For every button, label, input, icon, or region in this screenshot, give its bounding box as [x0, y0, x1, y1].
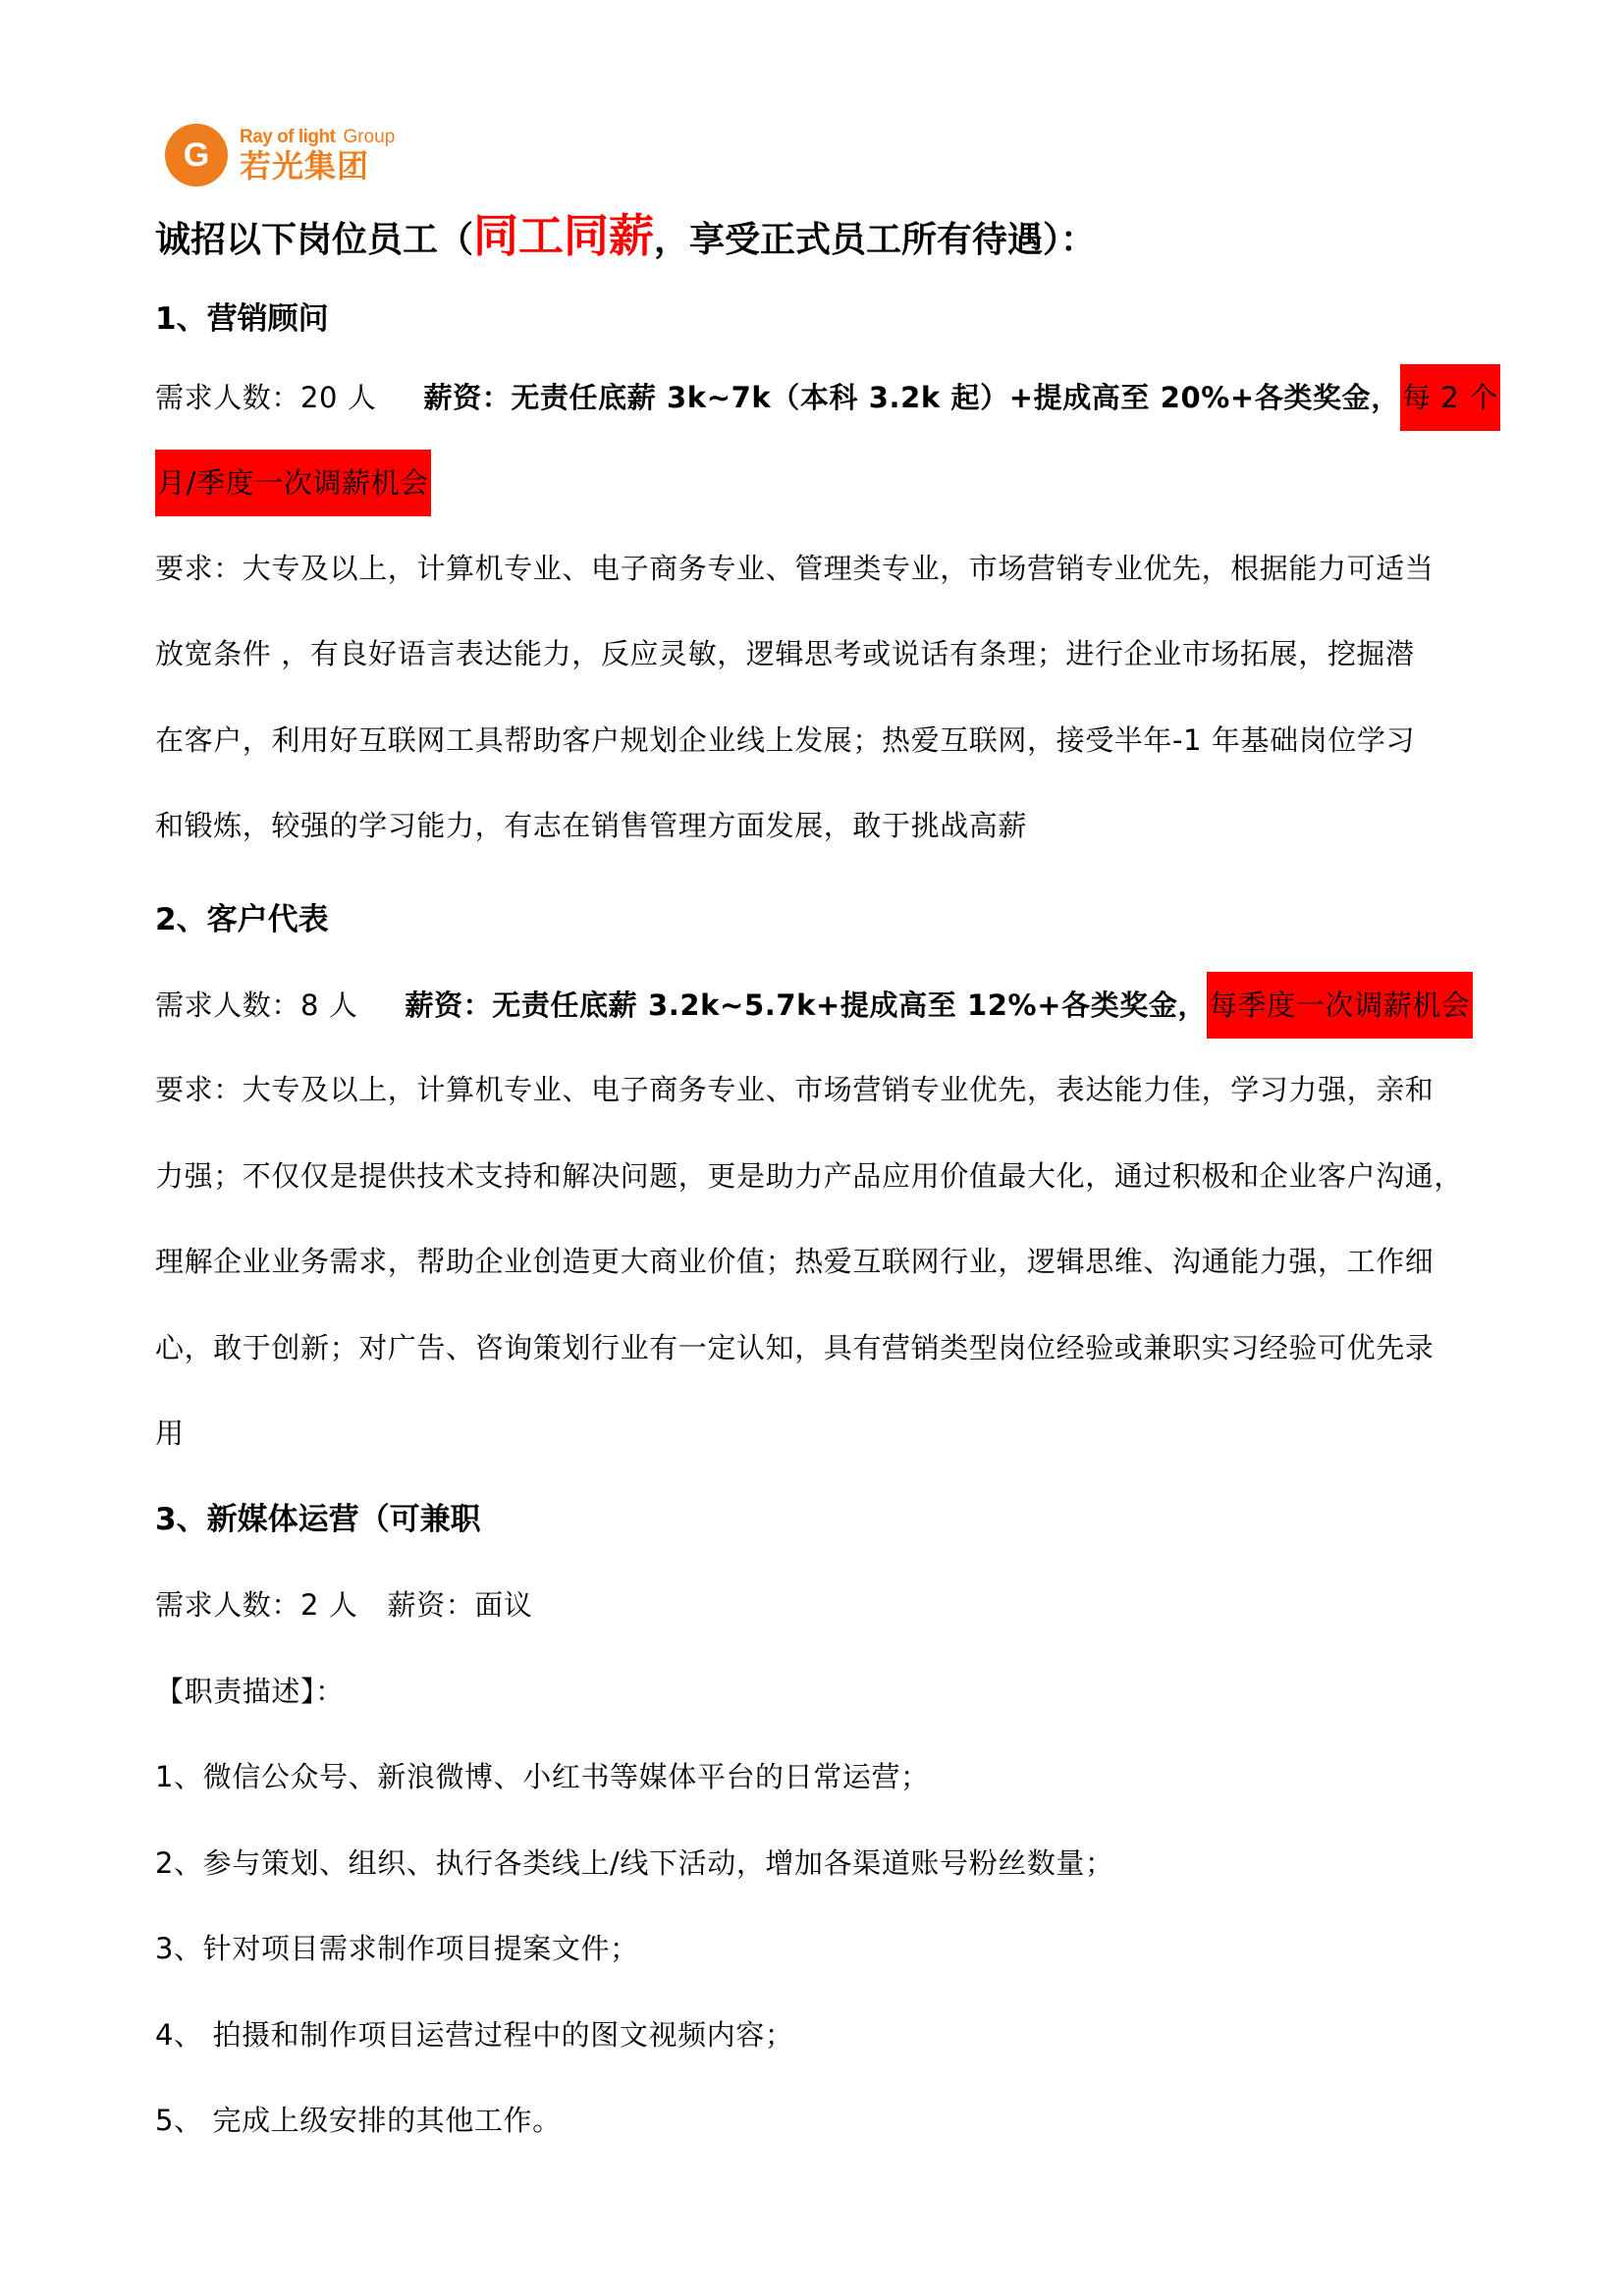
salary: 薪资：无责任底薪 3.2k~5.7k+提成高至 12%+各类奖金， [405, 988, 1207, 1022]
headcount: 需求人数：2 人 [155, 1588, 357, 1622]
headcount: 需求人数：8 人 [155, 988, 357, 1022]
requirement-line: 力强；不仅仅是提供技术支持和解决问题，更是助力产品应用价值最大化，通过积极和企业… [155, 1153, 1463, 1199]
duty-item: 4、 拍摄和制作项目运营过程中的图文视频内容； [155, 2012, 793, 2057]
salary: 薪资：无责任底薪 3k~7k（本科 3.2k 起）+提成高至 20%+各类奖金， [424, 381, 1400, 414]
requirement-line: 用 [155, 1411, 185, 1456]
salary: 薪资：面议 [387, 1588, 532, 1622]
logo-english: Ray of lightGroup [240, 127, 395, 148]
duty-item: 1、微信公众号、新浪微博、小红书等媒体平台的日常运营； [155, 1754, 930, 1799]
requirement-line: 要求：大专及以上，计算机专业、电子商务专业、市场营销专业优先，表达能力佳，学习力… [155, 1067, 1434, 1112]
requirement-line: 在客户，利用好互联网工具帮助客户规划企业线上发展；热爱互联网，接受半年-1 年基… [155, 718, 1415, 763]
position-2-headcount-salary: 需求人数：8 人薪资：无责任底薪 3.2k~5.7k+提成高至 12%+各类奖金… [155, 982, 1473, 1029]
requirement-line: 要求：大专及以上，计算机专业、电子商务专业、管理类专业，市场营销专业优先，根据能… [155, 546, 1434, 591]
headcount: 需求人数：20 人 [155, 381, 377, 414]
requirement-line: 和锻炼，较强的学习能力，有志在销售管理方面发展，敢于挑战高薪 [155, 803, 1027, 848]
position-3-heading: 3、新媒体运营（可兼职 [155, 1497, 481, 1542]
position-2-heading: 2、客户代表 [155, 897, 329, 942]
rg-monogram-icon: G [165, 124, 228, 187]
duties-label: 【职责描述】： [155, 1669, 345, 1714]
logo-wordmark: Ray of lightGroup 若光集团 [240, 127, 395, 184]
page-title: 诚招以下岗位员工（同工同薪，享受正式员工所有待遇）： [155, 208, 1096, 268]
requirement-line: 放宽条件 ，有良好语言表达能力，反应灵敏，逻辑思考或说话有条理；进行企业市场拓展… [155, 631, 1415, 676]
company-logo: G Ray of lightGroup 若光集团 [165, 120, 395, 190]
requirement-line: 理解企业业务需求，帮助企业创造更大商业价值；热爱互联网行业，逻辑思维、沟通能力强… [155, 1239, 1434, 1284]
duty-item: 5、 完成上级安排的其他工作。 [155, 2098, 562, 2143]
requirement-line: 心，敢于创新；对广告、咨询策划行业有一定认知，具有营销类型岗位经验或兼职实习经验… [155, 1325, 1434, 1370]
duty-item: 3、针对项目需求制作项目提案文件； [155, 1926, 639, 1971]
position-1-raise-line: 月/季度一次调薪机会 [155, 459, 431, 507]
raise-highlight: 每季度一次调薪机会 [1207, 972, 1472, 1039]
raise-highlight: 每 2 个 [1400, 364, 1500, 431]
logo-chinese: 若光集团 [240, 148, 395, 184]
position-1-heading: 1、营销顾问 [155, 296, 329, 342]
position-1-headcount-salary: 需求人数：20 人薪资：无责任底薪 3k~7k（本科 3.2k 起）+提成高至 … [155, 374, 1500, 421]
title-highlight: 同工同薪 [473, 209, 654, 262]
position-3-headcount-salary: 需求人数：2 人薪资：面议 [155, 1582, 533, 1628]
duty-item: 2、参与策划、组织、执行各类线上/线下活动，增加各渠道账号粉丝数量； [155, 1841, 1114, 1886]
raise-highlight: 月/季度一次调薪机会 [155, 450, 431, 516]
